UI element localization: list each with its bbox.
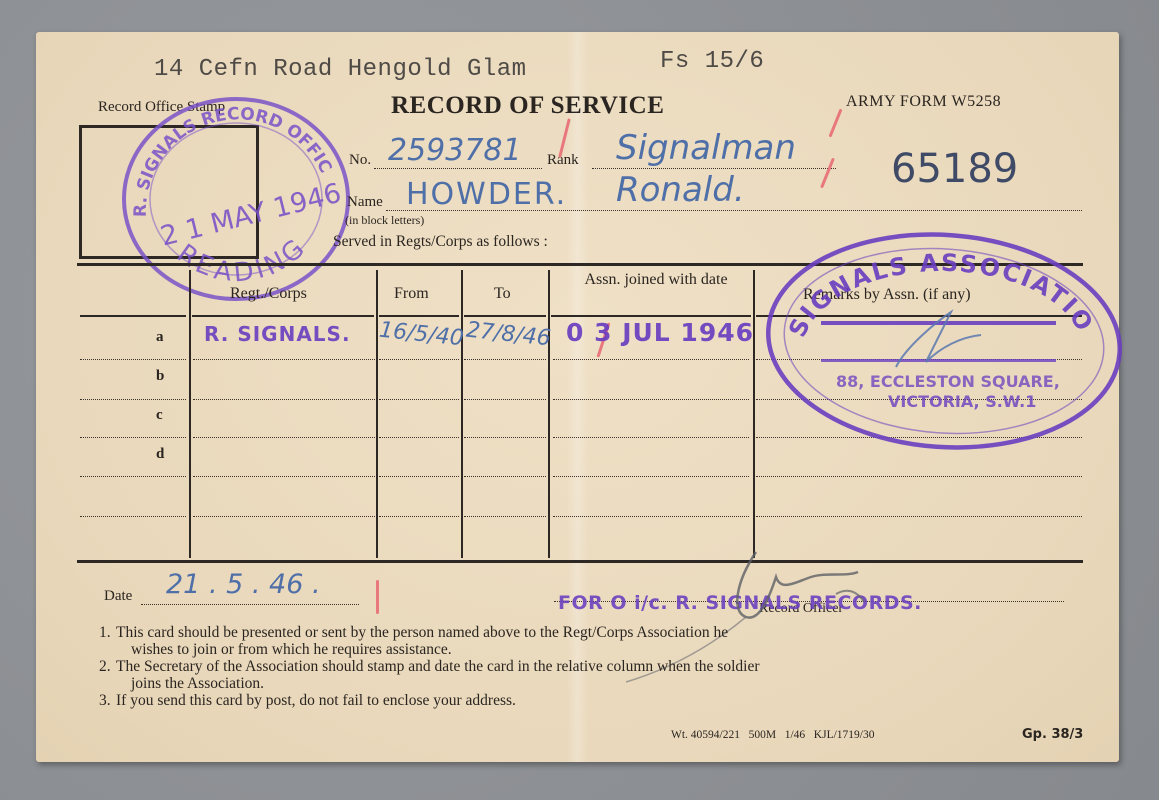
print-code: Wt. 40594/221 500M 1/46 KJL/1719/30 bbox=[671, 729, 875, 741]
header-assn-joined: Assn. joined with date bbox=[581, 271, 731, 289]
column-divider bbox=[548, 270, 550, 558]
association-address-line1: 88, ECCLESTON SQUARE, bbox=[836, 372, 1060, 391]
rank-label: Rank bbox=[547, 152, 579, 169]
date-field-line bbox=[141, 604, 359, 605]
block-letters-label: (in block letters) bbox=[345, 213, 424, 228]
record-of-service-card: 14 Cefn Road Hengold Glam Fs 15/6 Record… bbox=[36, 32, 1119, 762]
table-bottom-rule bbox=[77, 560, 1083, 563]
row-label-b: b bbox=[156, 368, 164, 385]
forename: Ronald. bbox=[616, 170, 745, 210]
header-rule bbox=[551, 315, 751, 317]
instruction-continuation: joins the Association. bbox=[99, 675, 1099, 692]
header-rule bbox=[192, 315, 374, 317]
form-number: ARMY FORM W5258 bbox=[846, 93, 1001, 111]
row-a-from: 16/5/40 bbox=[378, 318, 465, 352]
instruction-item: 3. If you send this card by post, do not… bbox=[99, 692, 1099, 709]
instruction-continuation: wishes to join or from which he requires… bbox=[99, 641, 1099, 658]
column-divider bbox=[376, 270, 378, 558]
red-tick-mark bbox=[820, 158, 835, 189]
header-regt-corps: Regt./Corps bbox=[230, 285, 307, 303]
header-rule bbox=[464, 315, 546, 317]
date-label: Date bbox=[104, 588, 132, 605]
row-a-regt: R. SIGNALS. bbox=[204, 322, 351, 346]
row-a-assn-joined: 0 3 JUL 1946 bbox=[566, 318, 754, 347]
header-to: To bbox=[494, 285, 511, 303]
red-tick-mark bbox=[376, 580, 379, 614]
instructions-block: 1. This card should be presented or sent… bbox=[99, 624, 1099, 709]
handwritten-serial: 65189 bbox=[891, 146, 1018, 192]
association-initials-signature bbox=[896, 312, 981, 367]
date-value: 21 . 5 . 46 . bbox=[166, 569, 321, 600]
row-label-c: c bbox=[156, 407, 163, 424]
stamp-date: 2 1 MAY 1946 bbox=[157, 178, 344, 253]
rank-field-line bbox=[592, 168, 836, 169]
group-code: Gp. 38/3 bbox=[1022, 727, 1083, 742]
no-label: No. bbox=[349, 152, 371, 169]
column-divider bbox=[189, 270, 191, 558]
surname: HOWDER. bbox=[406, 177, 567, 212]
record-office-circular-stamp: R. SIGNALS RECORD OFFICE READING 2 1 MAY… bbox=[116, 87, 356, 307]
typed-address: 14 Cefn Road Hengold Glam bbox=[154, 56, 527, 83]
association-address-line2: VICTORIA, S.W.1 bbox=[888, 392, 1036, 411]
instruction-item: 2. The Secretary of the Association shou… bbox=[99, 658, 1099, 675]
instruction-item: 1. This card should be presented or sent… bbox=[99, 624, 1099, 641]
column-divider bbox=[461, 270, 463, 558]
header-from: From bbox=[394, 285, 429, 303]
row-label-d: d bbox=[156, 446, 164, 463]
row-a-to: 27/8/46 bbox=[465, 318, 552, 352]
red-tick-mark bbox=[828, 109, 842, 138]
header-rule bbox=[80, 315, 186, 317]
form-title: RECORD OF SERVICE bbox=[391, 92, 664, 120]
served-label: Served in Regts/Corps as follows : bbox=[333, 233, 548, 251]
row-label-a: a bbox=[156, 329, 164, 346]
header-rule bbox=[379, 315, 459, 317]
column-divider bbox=[753, 270, 755, 558]
signals-association-stamp: SIGNALS ASSOCIATION 88, ECCLESTON SQUARE… bbox=[756, 227, 1126, 457]
name-label: Name bbox=[347, 194, 383, 211]
no-field-line bbox=[374, 168, 542, 169]
service-number: 2593781 bbox=[388, 133, 522, 168]
typed-reference: Fs 15/6 bbox=[660, 48, 764, 75]
rank-value: Signalman bbox=[616, 128, 796, 168]
